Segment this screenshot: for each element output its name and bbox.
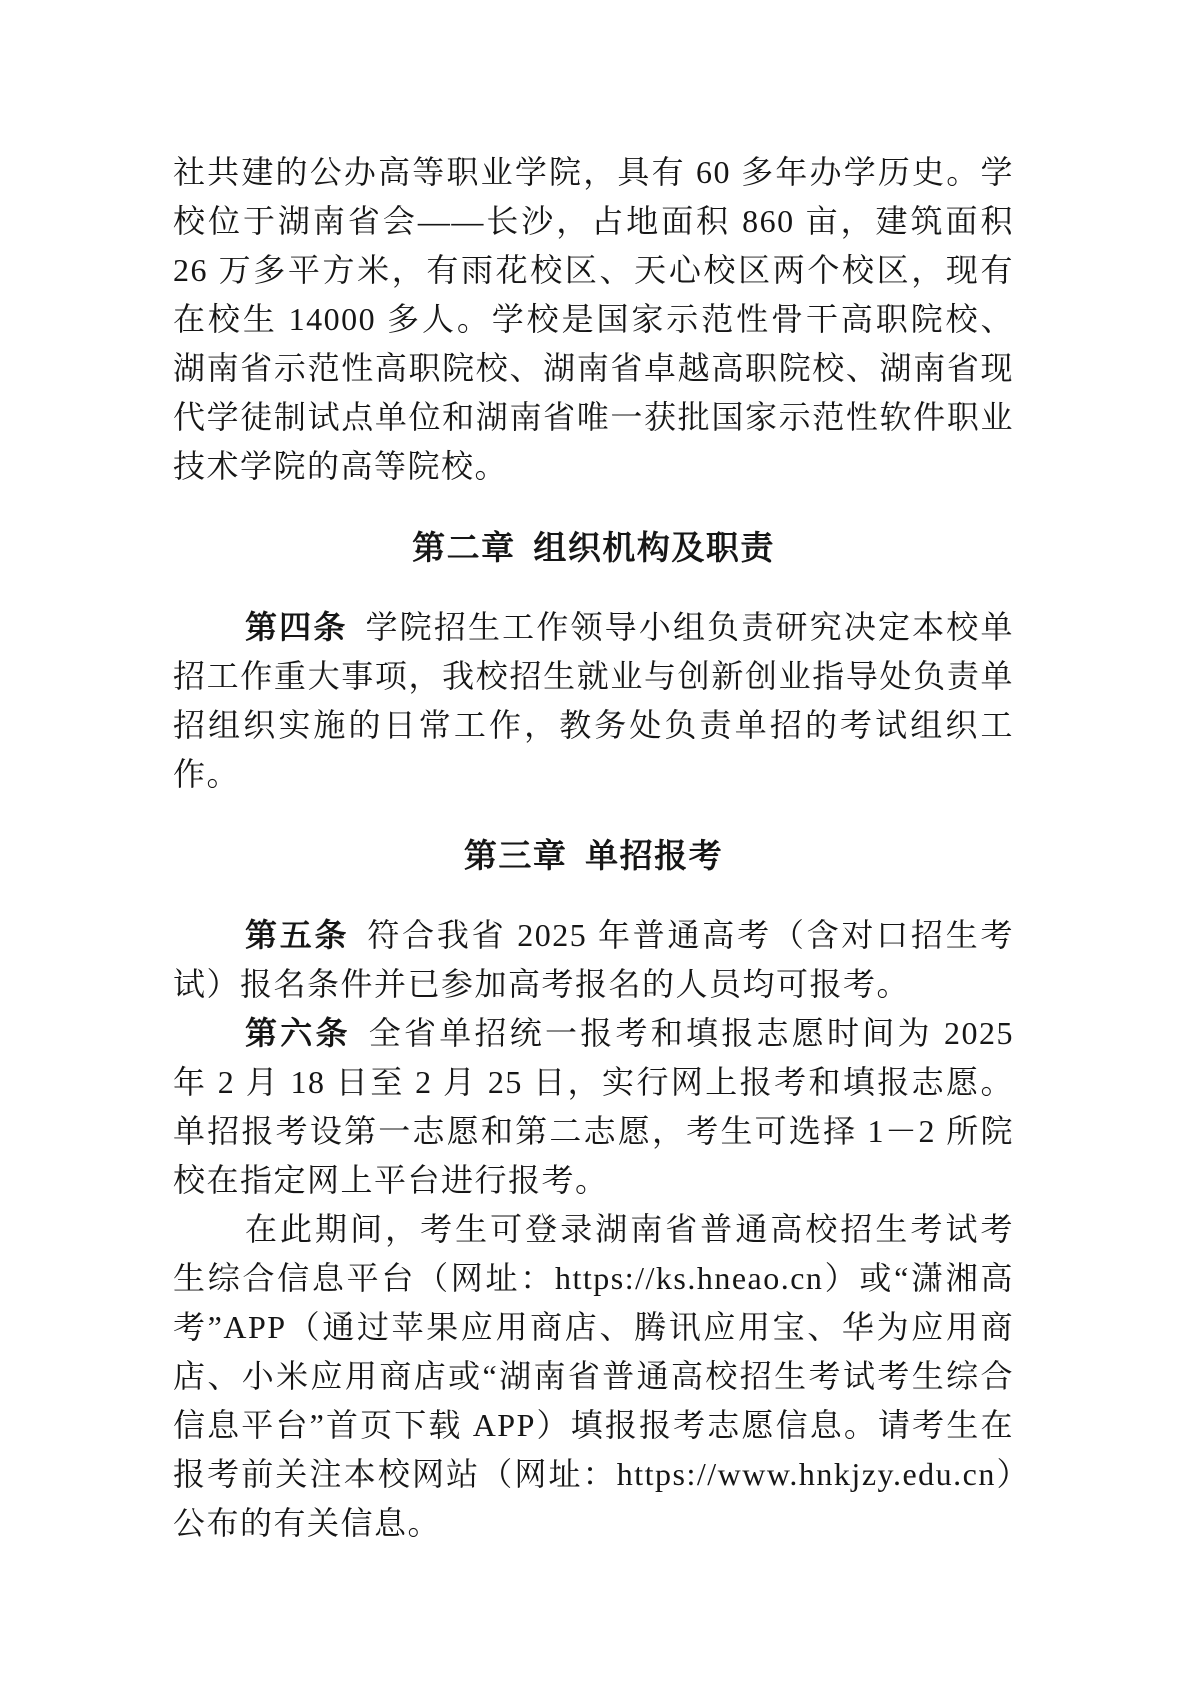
article-6-number: 第六条 (245, 1015, 351, 1051)
chapter-heading-application: 第三章 单招报考 (173, 833, 1014, 882)
paragraph-article-6: 第六条全省单招统一报考和填报志愿时间为 2025 年 2 月 18 日至 2 月… (173, 1009, 1014, 1205)
paragraph-campus-overview: 社共建的公办高等职业学院，具有 60 多年办学历史。学校位于湖南省会——长沙，占… (173, 148, 1014, 491)
article-4-number: 第四条 (245, 609, 348, 645)
paragraph-registration-platforms: 在此期间，考生可登录湖南省普通高校招生考试考生综合信息平台（网址：https:/… (173, 1205, 1014, 1548)
paragraph-article-4: 第四条学院招生工作领导小组负责研究决定本校单招工作重大事项，我校招生就业与创新创… (173, 603, 1014, 799)
document-page: 社共建的公办高等职业学院，具有 60 多年办学历史。学校位于湖南省会——长沙，占… (0, 0, 1191, 1684)
chapter-heading-organization: 第二章 组织机构及职责 (173, 525, 1014, 574)
article-5-number: 第五条 (245, 917, 349, 953)
paragraph-article-5: 第五条符合我省 2025 年普通高考（含对口招生考试）报名条件并已参加高考报名的… (173, 911, 1014, 1009)
